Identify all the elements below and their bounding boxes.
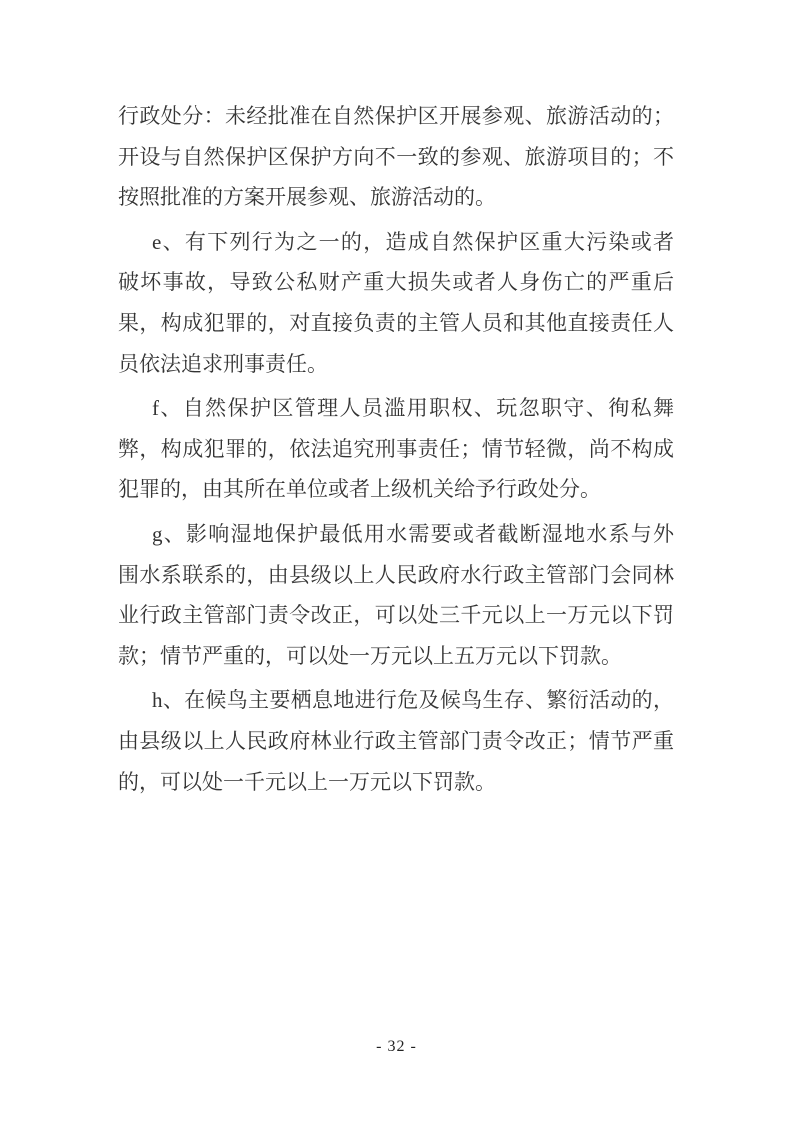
text-line: 按照批准的方案开展参观、旅游活动的。: [118, 177, 674, 218]
text-line: 犯罪的，由其所在单位或者上级机关给予行政处分。: [118, 469, 674, 510]
paragraph-continuation-paragraph: 行政处分：未经批准在自然保护区开展参观、旅游活动的；开设与自然保护区保护方向不一…: [118, 96, 674, 218]
text-line: 弊，构成犯罪的，依法追究刑事责任；情节轻微，尚不构成: [118, 429, 674, 470]
text-line: 破坏事故，导致公私财产重大损失或者人身伤亡的严重后: [118, 262, 674, 303]
text-line: 行政处分：未经批准在自然保护区开展参观、旅游活动的；: [118, 96, 674, 137]
text-line: f、自然保护区管理人员滥用职权、玩忽职守、徇私舞: [118, 388, 674, 429]
text-line: 业行政主管部门责令改正，可以处三千元以上一万元以下罚: [118, 595, 674, 636]
text-line: 围水系联系的，由县级以上人民政府水行政主管部门会同林: [118, 555, 674, 596]
page-footer: - 32 -: [0, 1038, 793, 1056]
text-line: 的，可以处一千元以上一万元以下罚款。: [118, 762, 674, 803]
text-line: 果，构成犯罪的，对直接负责的主管人员和其他直接责任人: [118, 303, 674, 344]
paragraph-item-e: e、有下列行为之一的，造成自然保护区重大污染或者破坏事故，导致公私财产重大损失或…: [118, 222, 674, 384]
text-line: g、影响湿地保护最低用水需要或者截断湿地水系与外: [118, 514, 674, 555]
text-line: e、有下列行为之一的，造成自然保护区重大污染或者: [118, 222, 674, 263]
text-line: 员依法追求刑事责任。: [118, 344, 674, 385]
text-line: 开设与自然保护区保护方向不一致的参观、旅游项目的；不: [118, 137, 674, 178]
text-line: 由县级以上人民政府林业行政主管部门责令改正；情节严重: [118, 721, 674, 762]
paragraph-item-g: g、影响湿地保护最低用水需要或者截断湿地水系与外围水系联系的，由县级以上人民政府…: [118, 514, 674, 676]
document-page: 行政处分：未经批准在自然保护区开展参观、旅游活动的；开设与自然保护区保护方向不一…: [0, 0, 793, 1122]
text-line: h、在候鸟主要栖息地进行危及候鸟生存、繁衍活动的，: [118, 680, 674, 721]
page-number: - 32 -: [376, 1038, 417, 1055]
paragraph-item-h: h、在候鸟主要栖息地进行危及候鸟生存、繁衍活动的，由县级以上人民政府林业行政主管…: [118, 680, 674, 802]
text-line: 款；情节严重的，可以处一万元以上五万元以下罚款。: [118, 636, 674, 677]
document-content: 行政处分：未经批准在自然保护区开展参观、旅游活动的；开设与自然保护区保护方向不一…: [118, 96, 674, 806]
paragraph-item-f: f、自然保护区管理人员滥用职权、玩忽职守、徇私舞弊，构成犯罪的，依法追究刑事责任…: [118, 388, 674, 510]
